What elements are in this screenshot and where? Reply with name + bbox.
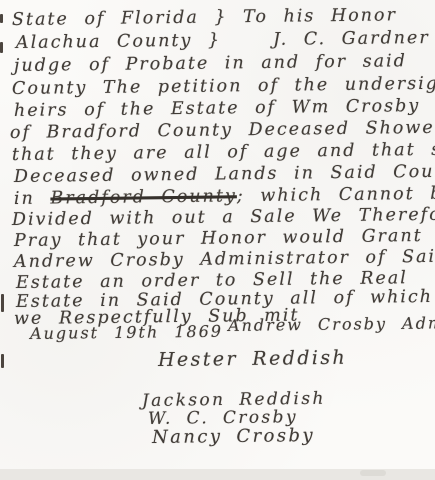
doc-line-5: heirs of the Estate of Wm Crosby Late <box>14 95 435 121</box>
signature-andrew-crosby-admr: Andrew Crosby Admr <box>228 313 435 335</box>
scanned-document-page: State of Florida } To his Honor Alachua … <box>0 0 435 480</box>
doc-line-2-right: J. C. Gardner <box>273 28 430 50</box>
doc-line-9-suffix: ; which Cannot be <box>237 184 435 207</box>
scan-smudge <box>360 470 386 476</box>
doc-line-6: of Bradford County Deceased Showeth <box>10 118 435 143</box>
date-line: August 19th 1869 <box>30 322 223 343</box>
line-2-gap <box>221 45 273 46</box>
signature-hester-reddish: Hester Reddish <box>158 347 347 371</box>
scan-edge-mark <box>0 42 3 53</box>
signature-nancy-crosby: Nancy Crosby <box>152 425 315 448</box>
doc-line-9-prefix: in <box>14 189 51 209</box>
scan-edge-mark <box>0 14 3 23</box>
scan-edge-mark <box>1 294 4 312</box>
doc-line-2-left: Alachua County } <box>16 30 221 53</box>
doc-line-2: Alachua County }J. C. Gardner <box>16 28 430 53</box>
doc-line-4: County The petition of the undersigned <box>12 73 435 99</box>
doc-line-7: that they are all of age and that said <box>12 139 435 165</box>
struck-out-words: Bradford County <box>50 186 237 208</box>
doc-line-8: Deceased owned Lands in Said County <box>14 161 435 187</box>
doc-line-3: judge of Probate in and for said <box>14 51 407 76</box>
scan-edge-mark <box>1 354 4 368</box>
doc-line-1: State of Florida } To his Honor <box>12 5 397 30</box>
